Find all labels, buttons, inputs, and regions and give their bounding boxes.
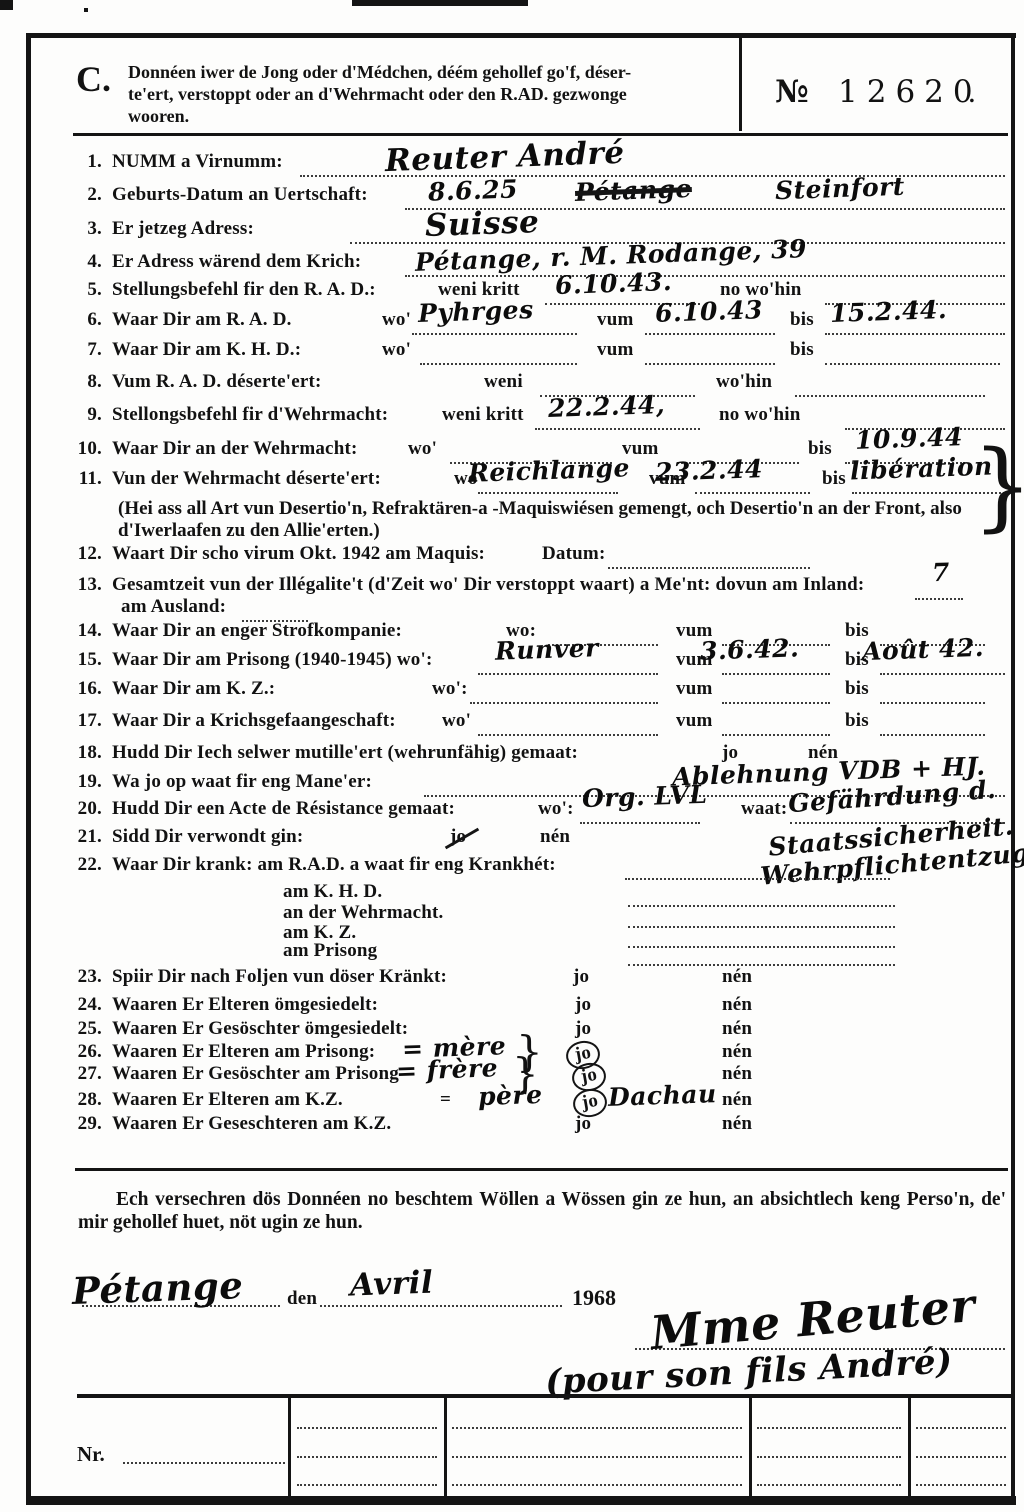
item-number: 10. [62,438,102,460]
item-number: 14. [62,620,102,642]
field-label-vum: vum [676,678,713,700]
scan-artifact [352,0,528,6]
dotted-field [880,702,985,704]
handwritten-org: Org. LVL [582,780,708,813]
field-label-vum: vum [597,339,634,361]
nen-option: nén [722,1089,752,1111]
dotted-field [535,428,700,430]
declaration-rule [75,1168,1008,1171]
item-number: 8. [62,371,102,393]
handwritten-dachau: Dachau [608,1079,718,1112]
dotted-field [722,702,830,704]
dotted-field [608,567,810,569]
table-vertical-line [444,1398,447,1496]
form-item-29: 29. Waaren Er Geseschteren am K.Z. jo né… [0,1113,1024,1145]
form-item-15: 15. Waar Dir am Prisong (1940-1945) wo':… [0,649,1024,681]
item-number: 22. [62,854,102,876]
table-dotted-line [297,1456,437,1458]
header-text-line1: Donnéen iwer de Jong oder d'Médchen, déé… [128,62,631,84]
item-label: Spiir Dir nach Foljen vun döser Kränkt: [112,966,447,988]
field-label-wohin: wo'hin [716,371,772,393]
handwritten-date: 6.10.43. [555,267,673,300]
item-label: Waaren Er Elteren am Prisong: [112,1041,375,1063]
item-label: Hudd Dir Iech selwer mutille'ert (wehrun… [112,742,578,764]
dotted-field [795,395,985,397]
table-dotted-line [452,1484,742,1486]
jo-option: jo [573,966,589,988]
form-item-12: 12. Waart Dir scho virum Okt. 1942 am Ma… [0,543,1024,575]
form-item-7: 7. Waar Dir am K. H. D.: wo' vum bis [0,339,1024,371]
item-number: 7. [62,339,102,361]
dotted-field [478,734,658,736]
item-number: 17. [62,710,102,732]
field-label-wo: wo': [432,678,468,700]
section-letter: C. [76,58,111,100]
nen-option: nén [722,1018,752,1040]
item-number: 28. [62,1089,102,1111]
jo-option: jo [575,1113,591,1135]
handwritten-desert-place: Reichlange [468,453,631,488]
dotted-field [625,878,890,880]
item-number: 27. [62,1063,102,1085]
item-label: NUMM a Virnumm: [112,151,283,173]
handwritten-to-date: 15.2.44. [830,295,948,328]
table-vertical-line [288,1398,291,1496]
declaration-text: Ech versechren dös Donnéen no beschtem W… [78,1188,1006,1234]
form-number-suffix: . [968,74,976,110]
dotted-field [470,702,658,704]
nen-option: nén [722,994,752,1016]
handwritten-from-date: 6.10.43 [655,295,764,328]
item-label: Waar Dir am Prisong (1940-1945) wo': [112,649,433,671]
year-label: 1968 [572,1285,616,1311]
item-label: Geburts-Datum an Uertschaft: [112,184,368,206]
item-label: Sidd Dir verwondt gin: [112,826,303,848]
field-label-bis: bis [790,339,814,361]
field-label-wo: wo' [442,710,471,732]
form-item-6: 6. Waar Dir am R. A. D. wo' Pyhrges vum … [0,309,1024,341]
item-number: 16. [62,678,102,700]
item-label: Stellungsbefehl fir den R. A. D.: [112,279,376,301]
item-label: Gesamtzeit vun der Illégalite't (d'Zeit … [112,574,864,596]
nr-dotted-line [123,1462,285,1464]
dotted-field [880,734,985,736]
form-number-label: № [775,74,809,110]
item-number: 1. [62,151,102,173]
item-11-note: (Hei ass all Art vun Desertio'n, Refrakt… [118,498,998,541]
dotted-field [405,275,1005,277]
table-dotted-line [916,1484,1006,1486]
dotted-field [825,333,1005,335]
handwritten-place: Pétange [71,1263,244,1313]
table-dotted-line [757,1427,901,1429]
field-label-wo: wo': [538,798,574,820]
handwritten-name: Reuter André [384,135,625,179]
handwritten-address: Suisse [424,204,540,244]
nen-option: nén [722,1063,752,1085]
item-number: 24. [62,994,102,1016]
sub-label: am K. H. D. [283,881,382,903]
item-number: 6. [62,309,102,331]
dotted-field [412,333,577,335]
item-number: 2. [62,184,102,206]
field-label-bis: bis [822,468,846,490]
item-label: Waart Dir scho virum Okt. 1942 am Maquis… [112,543,485,565]
handwritten-to-date: Août 42. [862,633,985,666]
nen-option: nén [722,1113,752,1135]
field-label-weni: weni [484,371,523,393]
table-top-rule [77,1394,1011,1398]
table-dotted-line [916,1456,1006,1458]
sub-label: am Prisong [283,940,377,962]
handwritten-struck-place: Pétange [575,174,693,207]
item-label: Waar Dir am K. H. D.: [112,339,301,361]
handwritten-to-date: 10.9.44 [855,422,964,455]
item-label: Hudd Dir een Acte de Résistance gemaat: [112,798,455,820]
table-dotted-line [297,1484,437,1486]
field-label-waat: waat: [741,798,787,820]
handwritten-from-date: 3.6.42. [700,633,800,665]
header-text-line2: te'ert, verstoppt oder an d'Wehrmacht od… [128,84,627,106]
form-item-11: 11. Vun der Wehrmacht déserte'ert: wo' R… [0,468,1024,500]
frame-top-border [26,33,1016,38]
handwritten-month: Avril [349,1265,433,1304]
form-item-16: 16. Waar Dir am K. Z.: wo': vum bis [0,678,1024,710]
item-number: 21. [62,826,102,848]
nen-option: nén [540,826,570,848]
item-number: 15. [62,649,102,671]
field-label-bis: bis [808,438,832,460]
item-label: Vum R. A. D. déserte'ert: [112,371,322,393]
item-label: Waaren Er Gesöschter ömgesiedelt: [112,1018,408,1040]
item-number: 19. [62,771,102,793]
field-label-vum: vum [676,710,713,732]
field-label-weni-kritt: weni kritt [442,404,524,426]
den-label: den [287,1288,317,1310]
item-label: Waaren Er Elteren am K.Z. [112,1089,343,1111]
item-label: Waaren Er Gesöschter am Prisong [112,1063,399,1085]
item-number: 25. [62,1018,102,1040]
header-rule [73,133,1008,136]
nen-option: nén [722,966,752,988]
scanned-form-page: C. Donnéen iwer de Jong oder d'Médchen, … [0,0,1024,1512]
field-label-vum: vum [597,309,634,331]
field-label-datum: Datum: [542,543,605,565]
handwritten-birthplace: Steinfort [775,172,906,206]
item-number: 20. [62,798,102,820]
item-label: Waaren Er Elteren ömgesiedelt: [112,994,378,1016]
item-label: Vun der Wehrmacht déserte'ert: [112,468,381,490]
dotted-field [580,822,700,824]
header-text-line3: wooren. [128,106,189,128]
field-label-bis: bis [845,678,869,700]
jo-option: jo [575,1018,591,1040]
item-label: Waar Dir an enger Strofkompanie: [112,620,402,642]
dotted-field [722,734,830,736]
form-number-value: 12620 [838,74,982,110]
dotted-field [880,673,1005,675]
jo-option-crossed: jo [450,826,466,848]
table-dotted-line [757,1484,901,1486]
nr-label: Nr. [77,1442,105,1467]
dotted-field [420,363,577,365]
item-number: 12. [62,543,102,565]
nen-option: nén [722,1041,752,1063]
form-item-17: 17. Waar Dir a Krichsgefaangeschaft: wo'… [0,710,1024,742]
item-label: Waar Dir an der Wehrmacht: [112,438,358,460]
handwritten-from-date: 23.2.44 [655,454,764,487]
equals-mark: = [440,1089,451,1111]
item-label: Stellongsbefehl fir d'Wehrmacht: [112,404,388,426]
item-label: am Ausland: [121,596,226,618]
table-vertical-line [908,1398,911,1496]
handwritten-frere: = frère [396,1053,499,1086]
dotted-field [825,363,1000,365]
item-number: 3. [62,218,102,240]
item-number: 23. [62,966,102,988]
header-divider-line [739,38,742,131]
handwritten-pere: père [478,1080,543,1111]
handwritten-birthdate: 8.6.25 [428,174,519,206]
item-number: 9. [62,404,102,426]
field-label-wo: wo' [382,309,411,331]
field-label-no-wohin: no wo'hin [719,404,801,426]
dotted-field [695,492,810,494]
date-dotted-line [320,1305,562,1307]
table-dotted-line [297,1427,437,1429]
handwritten-months: 7 [931,558,950,588]
sub-label: an der Wehrmacht. [283,902,444,924]
scan-artifact [84,8,88,12]
table-dotted-line [916,1427,1006,1429]
jo-option: jo [575,994,591,1016]
frame-bottom-border [26,1496,1016,1505]
field-label-wo: wo' [408,438,437,460]
dotted-field [645,333,775,335]
handwritten-rad-place: Pyhrges [418,295,535,328]
item-number: 18. [62,742,102,764]
handwritten-date: 22.2.44, [548,390,666,423]
item-number: 4. [62,251,102,273]
item-number: 5. [62,279,102,301]
item-number: 29. [62,1113,102,1135]
item-label: Wa jo op waat fir eng Mane'er: [112,771,372,793]
dotted-field [478,492,618,494]
item-number: 11. [62,468,102,490]
form-item-8: 8. Vum R. A. D. déserte'ert: weni wo'hin [0,371,1024,403]
item-label: Er Adress wärend dem Krich: [112,251,361,273]
item-label: Waar Dir am R. A. D. [112,309,292,331]
field-label-bis: bis [845,710,869,732]
table-dotted-line [757,1456,901,1458]
handwritten-prison-place: Runver [495,633,600,666]
item-label: Waar Dir am K. Z.: [112,678,275,700]
table-dotted-line [452,1427,742,1429]
item-number: 13. [62,574,102,596]
item-label: Er jetzeg Adress: [112,218,254,240]
table-vertical-line [749,1398,752,1496]
item-label: Waar Dir a Krichsgefaangeschaft: [112,710,396,732]
field-label-wo: wo' [382,339,411,361]
dotted-field [478,673,658,675]
item-label: Waar Dir krank: am R.A.D. a waat fir eng… [112,854,556,876]
item-label: Waaren Er Geseschteren am K.Z. [112,1113,391,1135]
table-dotted-line [452,1456,742,1458]
scan-artifact [0,0,13,10]
dotted-field [722,673,830,675]
dotted-field [645,363,775,365]
field-label-bis: bis [790,309,814,331]
item-number: 26. [62,1041,102,1063]
